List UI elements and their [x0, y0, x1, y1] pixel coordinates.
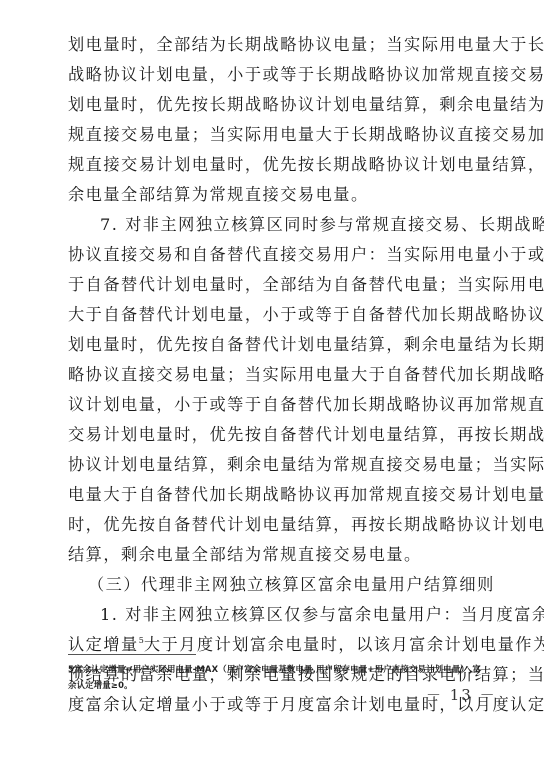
text-line: 时，优先按自备替代计划电量结算，再按长期战略协议计划电量	[68, 510, 478, 540]
text-line: 议计划电量，小于或等于自备替代加长期战略协议再加常规直接	[68, 390, 478, 420]
text-line: 略协议直接交易电量；当实际用电量大于自备替代加长期战略协	[68, 360, 478, 390]
text-line: 大于自备替代计划电量，小于或等于自备替代加长期战略协议计	[68, 300, 478, 330]
text-line-with-footnote: 认定增量5大于月度计划富余电量时，以该月富余计划电量作为	[68, 630, 478, 660]
text-line: 划电量时，全部结为长期战略协议电量；当实际用电量大于长期	[68, 30, 478, 60]
text-line: 结算，剩余电量全部结为常规直接交易电量。	[68, 540, 478, 570]
text-line: 电量大于自备替代加长期战略协议再加常规直接交易计划电量	[68, 480, 478, 510]
text-line: 交易计划电量时，优先按自备替代计划电量结算，再按长期战略	[68, 420, 478, 450]
footnote-divider	[68, 654, 196, 655]
body-text: 划电量时，全部结为长期战略协议电量；当实际用电量大于长期 战略协议计划电量，小于…	[68, 30, 478, 720]
document-page: 划电量时，全部结为长期战略协议电量；当实际用电量大于长期 战略协议计划电量，小于…	[0, 0, 544, 770]
paragraph-7-start: 7. 对非主网独立核算区同时参与常规直接交易、长期战略	[68, 210, 478, 240]
text-line-rest: 大于月度计划富余电量时，以该月富余计划电量作为	[144, 635, 544, 654]
text-line: 协议计划电量结算，剩余电量结为常规直接交易电量；当实际用	[68, 450, 478, 480]
text-line: 划电量时，优先按长期战略协议计划电量结算，剩余电量结为常	[68, 90, 478, 120]
text-line: 度富余认定增量小于或等于月度富余计划电量时，以月度认定增	[68, 690, 478, 720]
section-heading: （三）代理非主网独立核算区富余电量用户结算细则	[68, 570, 478, 600]
page-number: － 13 －	[426, 684, 497, 705]
text-line: 战略协议计划电量，小于或等于长期战略协议加常规直接交易计	[68, 60, 478, 90]
text-line: 于自备替代计划电量时，全部结为自备替代电量；当实际用电量	[68, 270, 478, 300]
footnote: 5富余认定增量=用户实际用电量-MAX（用户富余电量基数电量,用户留存电量+用户…	[68, 661, 488, 693]
text-line: 划电量时，优先按自备替代计划电量结算，剩余电量结为长期战	[68, 330, 478, 360]
text-line: 规直接交易计划电量时，优先按长期战略协议计划电量结算，剩	[68, 150, 478, 180]
paragraph-1-start: 1. 对非主网独立核算区仅参与富余电量用户：当月度富余	[68, 600, 478, 630]
text-line: 余电量全部结算为常规直接交易电量。	[68, 180, 478, 210]
text-line: 协议直接交易和自备替代直接交易用户：当实际用电量小于或等	[68, 240, 478, 270]
text-line: 规直接交易电量；当实际用电量大于长期战略协议直接交易加常	[68, 120, 478, 150]
footnote-term: 认定增量	[68, 635, 139, 654]
